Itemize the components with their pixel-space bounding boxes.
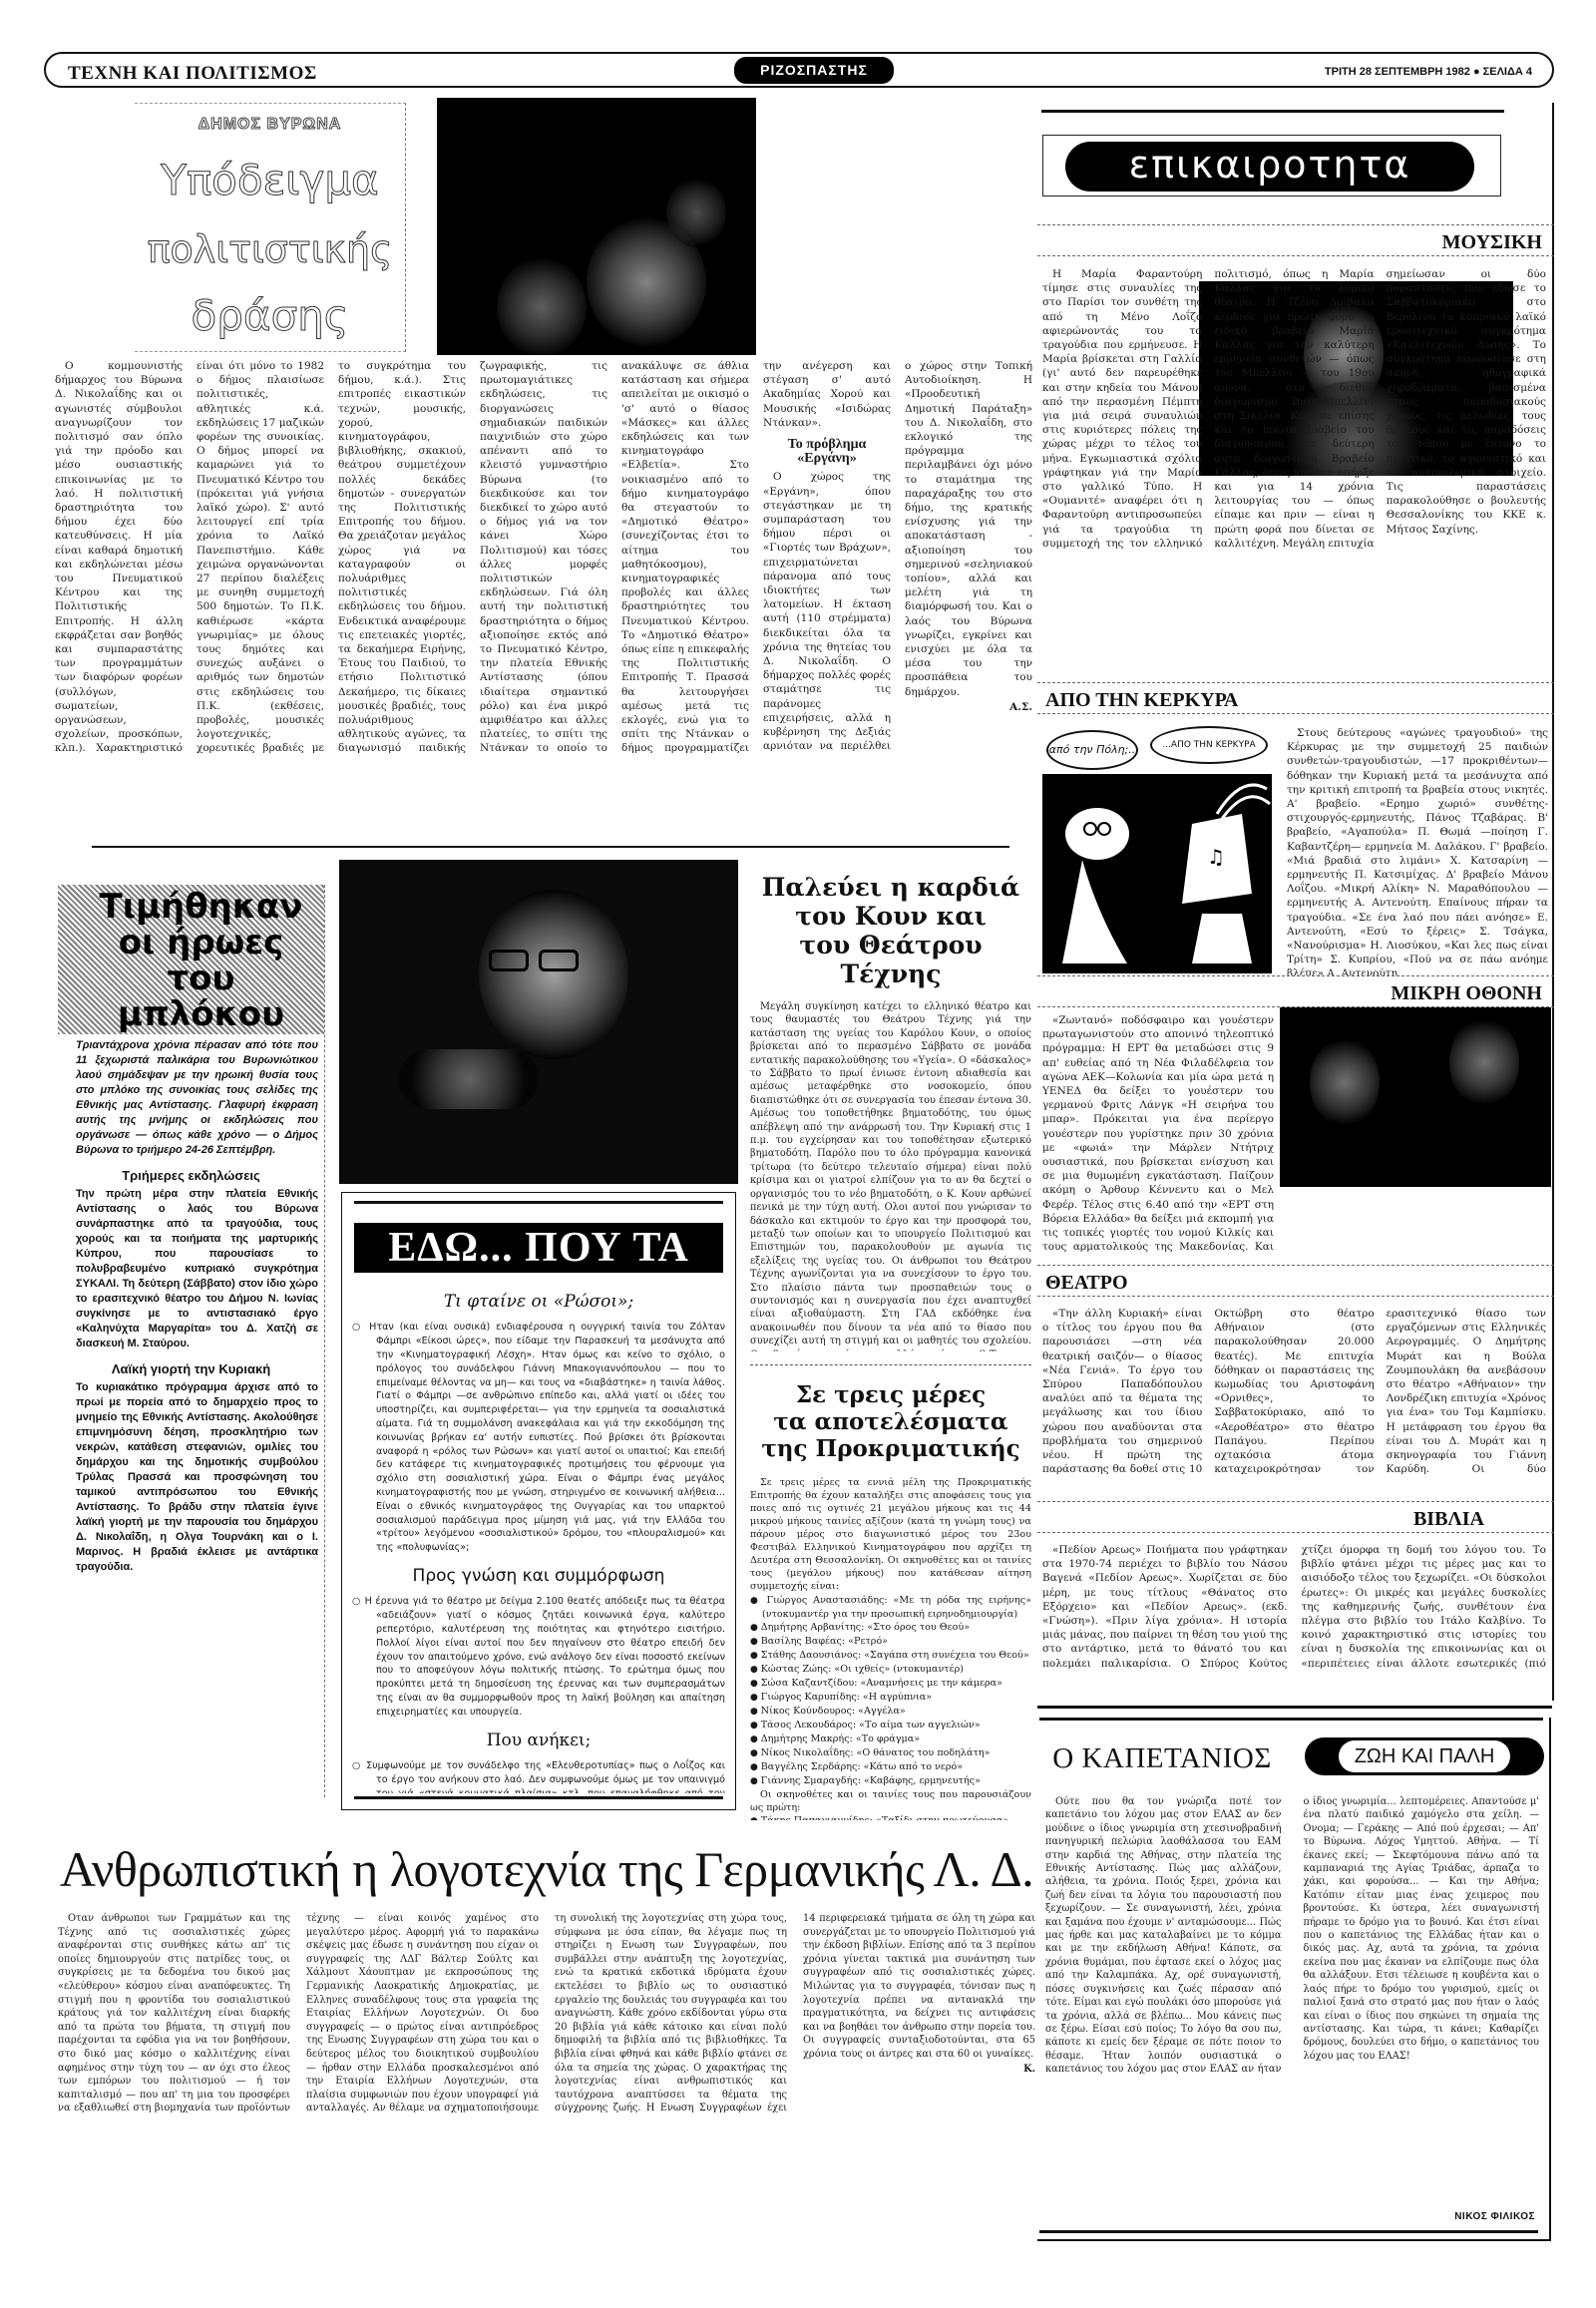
- list-item: Γιάννης Σμαραγδής: «Καβάφης, ερμηνευτής»: [750, 1774, 1031, 1788]
- divider: [1037, 1706, 1552, 1709]
- heroes-body-2: Το κυριακάτικο πρόγραμμα άρχισε από το π…: [58, 1380, 324, 1575]
- festival-title-line-3: της Προκριματικής: [750, 1435, 1031, 1462]
- heroes-title-line-1: Τιμήθηκαν: [78, 889, 324, 925]
- theatre-body: «Την άλλη Κυριακή» είναι ο τίτλος του έρ…: [1042, 1307, 1546, 1484]
- list-item: Δημήτρης Αρβανίτης: «Στο όρος του Θεού»: [750, 1621, 1031, 1635]
- epikairotita-label: επικαιροτητα: [1065, 142, 1474, 192]
- kapetanios-title: Ο ΚΑΠΕΤΑΝΙΟΣ: [1047, 1739, 1277, 1777]
- page-header: ΤΕΧΝΗ ΚΑΙ ΠΟΛΙΤΙΣΜΟΣ ΡΙΖΟΣΠΑΣΤΗΣ ΤΡΙΤΗ 2…: [44, 52, 1554, 88]
- masthead-logo: ΡΙΖΟΣΠΑΣΤΗΣ: [734, 57, 894, 84]
- books-section-header: ΒΙΒΛΙΑ: [1037, 1501, 1554, 1533]
- list-item: Γιώργος Αναστασιάδης: «Με τη ρόδα της ει…: [750, 1594, 1031, 1621]
- ergani-subhead: Το πρόβλημα «Εργάνη»: [763, 438, 891, 466]
- gdr-byline: Κ.: [803, 2063, 1035, 2077]
- tv-body: «Ζωντανό» ποδόσφαιρο και γουέστερν πρωτα…: [1042, 1013, 1274, 1253]
- festival-film-list: Γιώργος Αναστασιάδης: «Με τη ρόδα της ει…: [750, 1594, 1031, 1788]
- koun-title-line-3: του Θεάτρου Τέχνης: [750, 931, 1031, 988]
- edo-column-box: ΕΔΩ... ΠΟΥ ΤΑ ΛΕΜΕ Τι φταίνε οι «Ρώσοι»;…: [341, 1192, 736, 1810]
- list-item: Βαγγέλης Σερδάρης: «Κάτω από το νερό»: [750, 1760, 1031, 1774]
- list-item: Κώστας Ζώης: «Οι ιχθείς» (ντοκυμαντέρ): [750, 1663, 1031, 1677]
- edo-item-heading: Προς γνώση και συμμόρφωση: [352, 1565, 725, 1587]
- gdr-headline: Ανθρωπιστική η λογοτεχνία της Γερμανικής…: [58, 1840, 1035, 1898]
- list-item: Στάθης Δαουσιάνος: «Σαγάπα στη συνέχεια …: [750, 1649, 1031, 1663]
- vyronas-title-line-2: πολιτιστικής: [135, 224, 405, 274]
- music-body: Η Μαρία Φαραντούρη τίμησε στις συναυλίες…: [1042, 267, 1546, 686]
- festival-list-label: Οι σκηνοθέτες και οι ταινίες τους που πα…: [750, 1788, 1031, 1814]
- list-item: Γιώργος Καρυπίδης: «Η αγρύπνια»: [750, 1691, 1031, 1705]
- zoi-kai-pali-badge: ΖΩΗ ΚΑΙ ΠΑΛΗ: [1305, 1737, 1544, 1775]
- kerkyra-body: Στους δεύτερους «αγώνες τραγουδιού» της …: [1287, 726, 1548, 975]
- heroes-article: Τιμήθηκαν οι ήρωες του μπλόκου Τριαντάχρ…: [58, 885, 325, 1797]
- heroes-title-line-2: οι ήρωες: [78, 925, 324, 961]
- divider: [92, 846, 1009, 848]
- kerkyra-cartoon: από την Πόλη;.. ...ΑΠΟ ΤΗΝ ΚΕΡΚΥΡΑ ♫: [1042, 726, 1272, 975]
- list-item: Σώσα Καζαντζίδου: «Αναμνήσεις με την κάμ…: [750, 1677, 1031, 1691]
- festival-crowd-photo: [437, 98, 756, 355]
- speech-bubble-left: από την Πόλη;..: [1046, 730, 1138, 770]
- vyronas-body-text: Ο κομμουνιστής δήμαρχος του Βύρωνα Δ. Νι…: [55, 359, 1032, 830]
- list-item: Δημήτρης Μακρής: «Το φράγμα»: [750, 1732, 1031, 1746]
- theatre-label: ΘΕΑΤΡΟ: [1045, 1270, 1128, 1296]
- list-item: Νίκος Κούνδουρος: «Αγγέλα»: [750, 1705, 1031, 1719]
- kerkyra-section-header: ΑΠΟ ΤΗΝ ΚΕΡΚΥΡΑ: [1037, 682, 1554, 714]
- heroes-subhead-2: Λαϊκή γιορτή την Κυριακή: [58, 1361, 324, 1376]
- edo-item-body: ○ Η έρευνα γιά το θέατρο με δείγμα 2.100…: [352, 1595, 725, 1719]
- vyronas-title-line-1: Υπόδειγμα: [135, 153, 405, 207]
- list-item: Βασίλης Βαφέας: «Ρετρό»: [750, 1635, 1031, 1649]
- koun-title-line-1: Παλεύει η καρδιά: [750, 873, 1031, 902]
- kerkyra-label: ΑΠΟ ΤΗΝ ΚΕΡΚΥΡΑ: [1045, 687, 1238, 713]
- heroes-body-1: Την πρώτη μέρα στην πλατεία Εθνικής Αντί…: [58, 1187, 324, 1351]
- list-item: Τάσος Λεκουδάρος: «Το αίμα των αγγελιών»: [750, 1719, 1031, 1732]
- theatre-section-header: ΘΕΑΤΡΟ: [1037, 1265, 1554, 1297]
- koun-portrait-photo: Ο Κάρολος Κουν: [339, 860, 738, 1184]
- western-film-photo: [1280, 1007, 1551, 1187]
- list-item: Νίκος Νικολαΐδης: «Ο θάνατος του ποδηλάτ…: [750, 1746, 1031, 1760]
- kapetanios-box: Ο ΚΑΠΕΤΑΝΙΟΣ ΖΩΗ ΚΑΙ ΠΑΛΗ Ούτε που θα το…: [1037, 1718, 1551, 2241]
- festival-article: Σε τρεις μέρες τα αποτελέσματα της Προκρ…: [750, 1381, 1031, 1820]
- speech-bubble-right: ...ΑΠΟ ΤΗΝ ΚΕΡΚΥΡΑ: [1150, 726, 1268, 764]
- vyronas-title-box: ΔΗΜΟΣ ΒΥΡΩΝΑ Υπόδειγμα πολιτιστικής δράσ…: [135, 103, 406, 352]
- gdr-article: Ανθρωπιστική η λογοτεχνία της Γερμανικής…: [58, 1840, 1035, 2239]
- edo-banner: ΕΔΩ... ΠΟΥ ΤΑ ΛΕΜΕ: [354, 1223, 723, 1273]
- books-label: ΒΙΒΛΙΑ: [1413, 1506, 1484, 1532]
- heroes-lead: Τριαντάχρονα χρόνια πέρασαν από τότε που…: [58, 1032, 324, 1158]
- vyronas-kicker: ΔΗΜΟΣ ΒΥΡΩΝΑ: [135, 114, 405, 135]
- edo-item-heading: Τι φταίνε οι «Ρώσοι»;: [352, 1291, 725, 1313]
- festival-title-line-2: τα αποτελέσματα: [750, 1408, 1031, 1435]
- music-label: ΜΟΥΣΙΚΗ: [1442, 229, 1542, 255]
- edo-item-body: ○ Συμφωνούμε με τον συνάδελφο της «Ελευθ…: [352, 1759, 725, 1793]
- tv-section-header: ΜΙΚΡΗ ΟΘΟΝΗ: [1037, 975, 1554, 1007]
- epikairotita-banner: επικαιροτητα: [1042, 135, 1501, 196]
- gdr-body: Οταν άνθρωποι των Γραμμάτων και της Τέχν…: [58, 1912, 1035, 2211]
- festival-intro: Σε τρεις μέρες τα εννιά μέλη της Προκριμ…: [750, 1476, 1031, 1593]
- koun-body: Μεγάλη συγκίνηση κατέχει το ελληνικό θέα…: [750, 1000, 1031, 1351]
- heroes-subhead-1: Τριήμερες εκδηλώσεις: [58, 1168, 324, 1183]
- date-page-label: ΤΡΙΤΗ 28 ΣΕΠΤΕΜΒΡΗ 1982 ● ΣΕΛΙΔΑ 4: [1325, 65, 1532, 80]
- festival-film-list-2: Τάκης Παπαγιαννίδης: «Ταξίδι στην πρωτεύ…: [750, 1814, 1031, 1820]
- books-body: «Πεδίον Αρεως» Ποιήματα που γράφτηκαν στ…: [1042, 1543, 1546, 1683]
- vyronas-byline: Α.Σ.: [905, 700, 1032, 714]
- vyronas-title-line-3: δράσης: [135, 288, 405, 343]
- kapetanios-body: Ούτε που θα τον γνώριζα ποτέ τον καπετάν…: [1045, 1795, 1539, 2206]
- edo-item-body: ○ Ηταν (και είναι ουσικά) ενδιαφέρουσα η…: [352, 1321, 725, 1555]
- cartoon-figures-icon: ♫: [1042, 774, 1272, 973]
- koun-title-line-2: του Κουν και: [750, 902, 1031, 931]
- festival-title-line-1: Σε τρεις μέρες: [750, 1381, 1031, 1408]
- svg-text:♫: ♫: [1207, 845, 1225, 869]
- edo-item-heading: Που ανήκει;: [352, 1730, 725, 1751]
- section-title: ΤΕΧΝΗ ΚΑΙ ΠΟΛΙΤΙΣΜΟΣ: [68, 61, 317, 86]
- music-section-header: ΜΟΥΣΙΚΗ: [1037, 224, 1554, 256]
- koun-article: Παλεύει η καρδιά του Κουν και του Θεάτρο…: [750, 873, 1031, 1351]
- divider: [750, 1364, 1031, 1365]
- kapetanios-author: ΝΙΚΟΣ ΦΙΛΙΚΟΣ: [1454, 2210, 1535, 2223]
- tv-label: ΜΙΚΡΗ ΟΘΟΝΗ: [1391, 980, 1542, 1006]
- list-item: Τάκης Παπαγιαννίδης: «Ταξίδι στην πρωτεύ…: [750, 1814, 1031, 1820]
- divider: [1041, 110, 1504, 113]
- heroes-title-line-3: του μπλόκου: [78, 961, 324, 1032]
